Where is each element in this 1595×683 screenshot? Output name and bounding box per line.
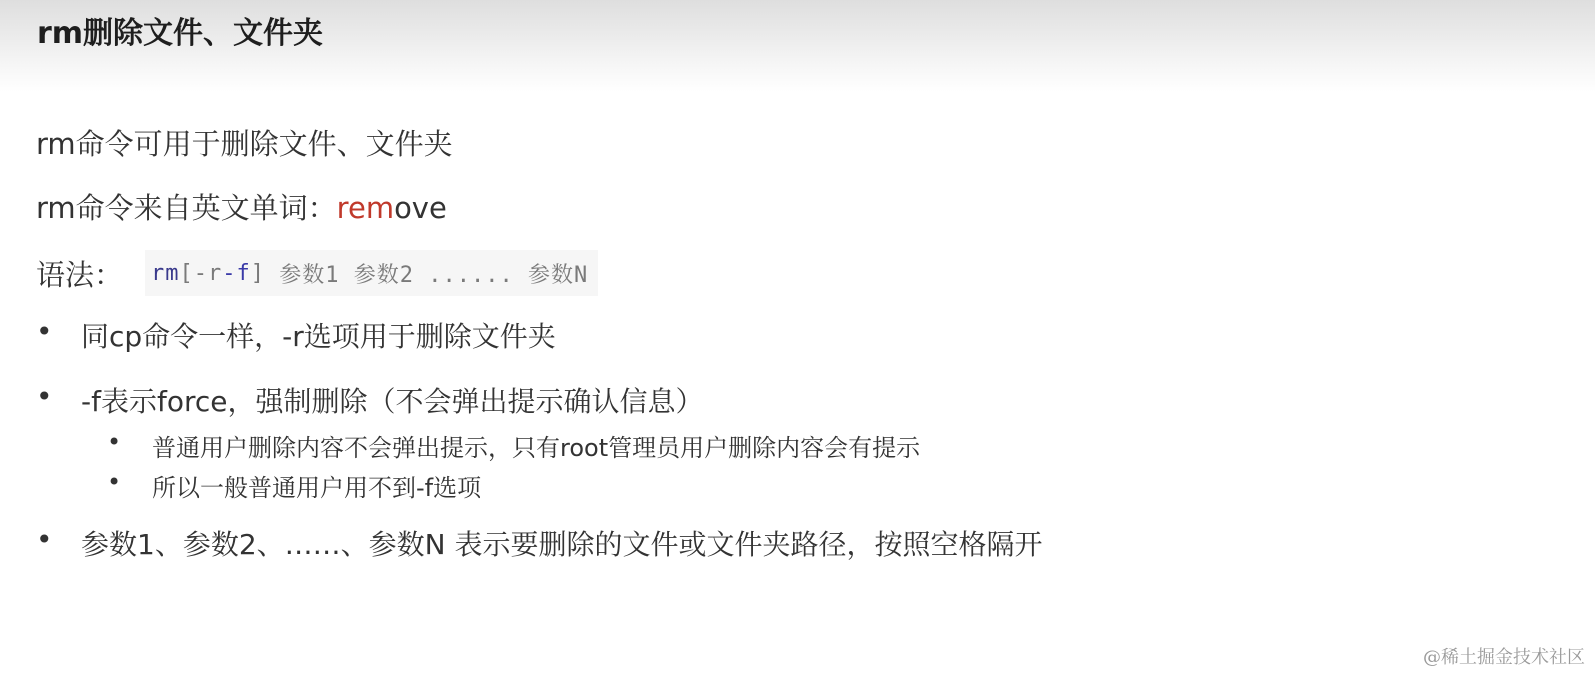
code-flag-r: -r [194, 261, 223, 286]
syntax-code-block: rm [-r -f] 参数1 参数2 ...... 参数N [145, 250, 598, 296]
watermark: @稀土掘金技术社区 [1423, 643, 1585, 669]
word-highlight-m: m [366, 191, 394, 225]
code-command: rm [151, 261, 180, 286]
origin-prefix: rm命令来自英文单词： [36, 191, 337, 225]
code-flag-f: -f [222, 261, 251, 286]
bullet-dot-icon: • [107, 468, 121, 496]
bullet-text: 同cp命令一样，-r选项用于删除文件夹 [81, 315, 556, 355]
sub-bullet-text: 普通用户删除内容不会弹出提示，只有root管理员用户删除内容会有提示 [152, 428, 920, 463]
bullet-dot-icon: • [36, 380, 53, 413]
bullet-text: 参数1、参数2、……、参数N 表示要删除的文件或文件夹路径，按照空格隔开 [81, 523, 1042, 563]
code-close-bracket: ] [251, 261, 265, 286]
bullet-dot-icon: • [36, 523, 53, 556]
word-highlight-re: re [337, 191, 366, 225]
bullet-text: -f表示force，强制删除（不会弹出提示确认信息） [81, 380, 703, 420]
code-args: 参数1 参数2 ...... 参数N [265, 258, 588, 289]
description-line-2: rm命令来自英文单词：remove [36, 186, 447, 227]
slide-title: rm删除文件、文件夹 [37, 8, 323, 52]
bullet-dot-icon: • [107, 428, 121, 456]
syntax-label: 语法： [36, 253, 145, 294]
code-open-bracket: [ [180, 261, 194, 286]
syntax-row: 语法： rm [-r -f] 参数1 参数2 ...... 参数N [36, 250, 598, 296]
bullet-dot-icon: • [36, 315, 53, 348]
description-line-1: rm命令可用于删除文件、文件夹 [36, 122, 453, 163]
slide-header: rm删除文件、文件夹 [0, 0, 1595, 92]
sub-bullet-text: 所以一般普通用户用不到-f选项 [152, 468, 481, 503]
word-rest: ove [394, 191, 447, 225]
